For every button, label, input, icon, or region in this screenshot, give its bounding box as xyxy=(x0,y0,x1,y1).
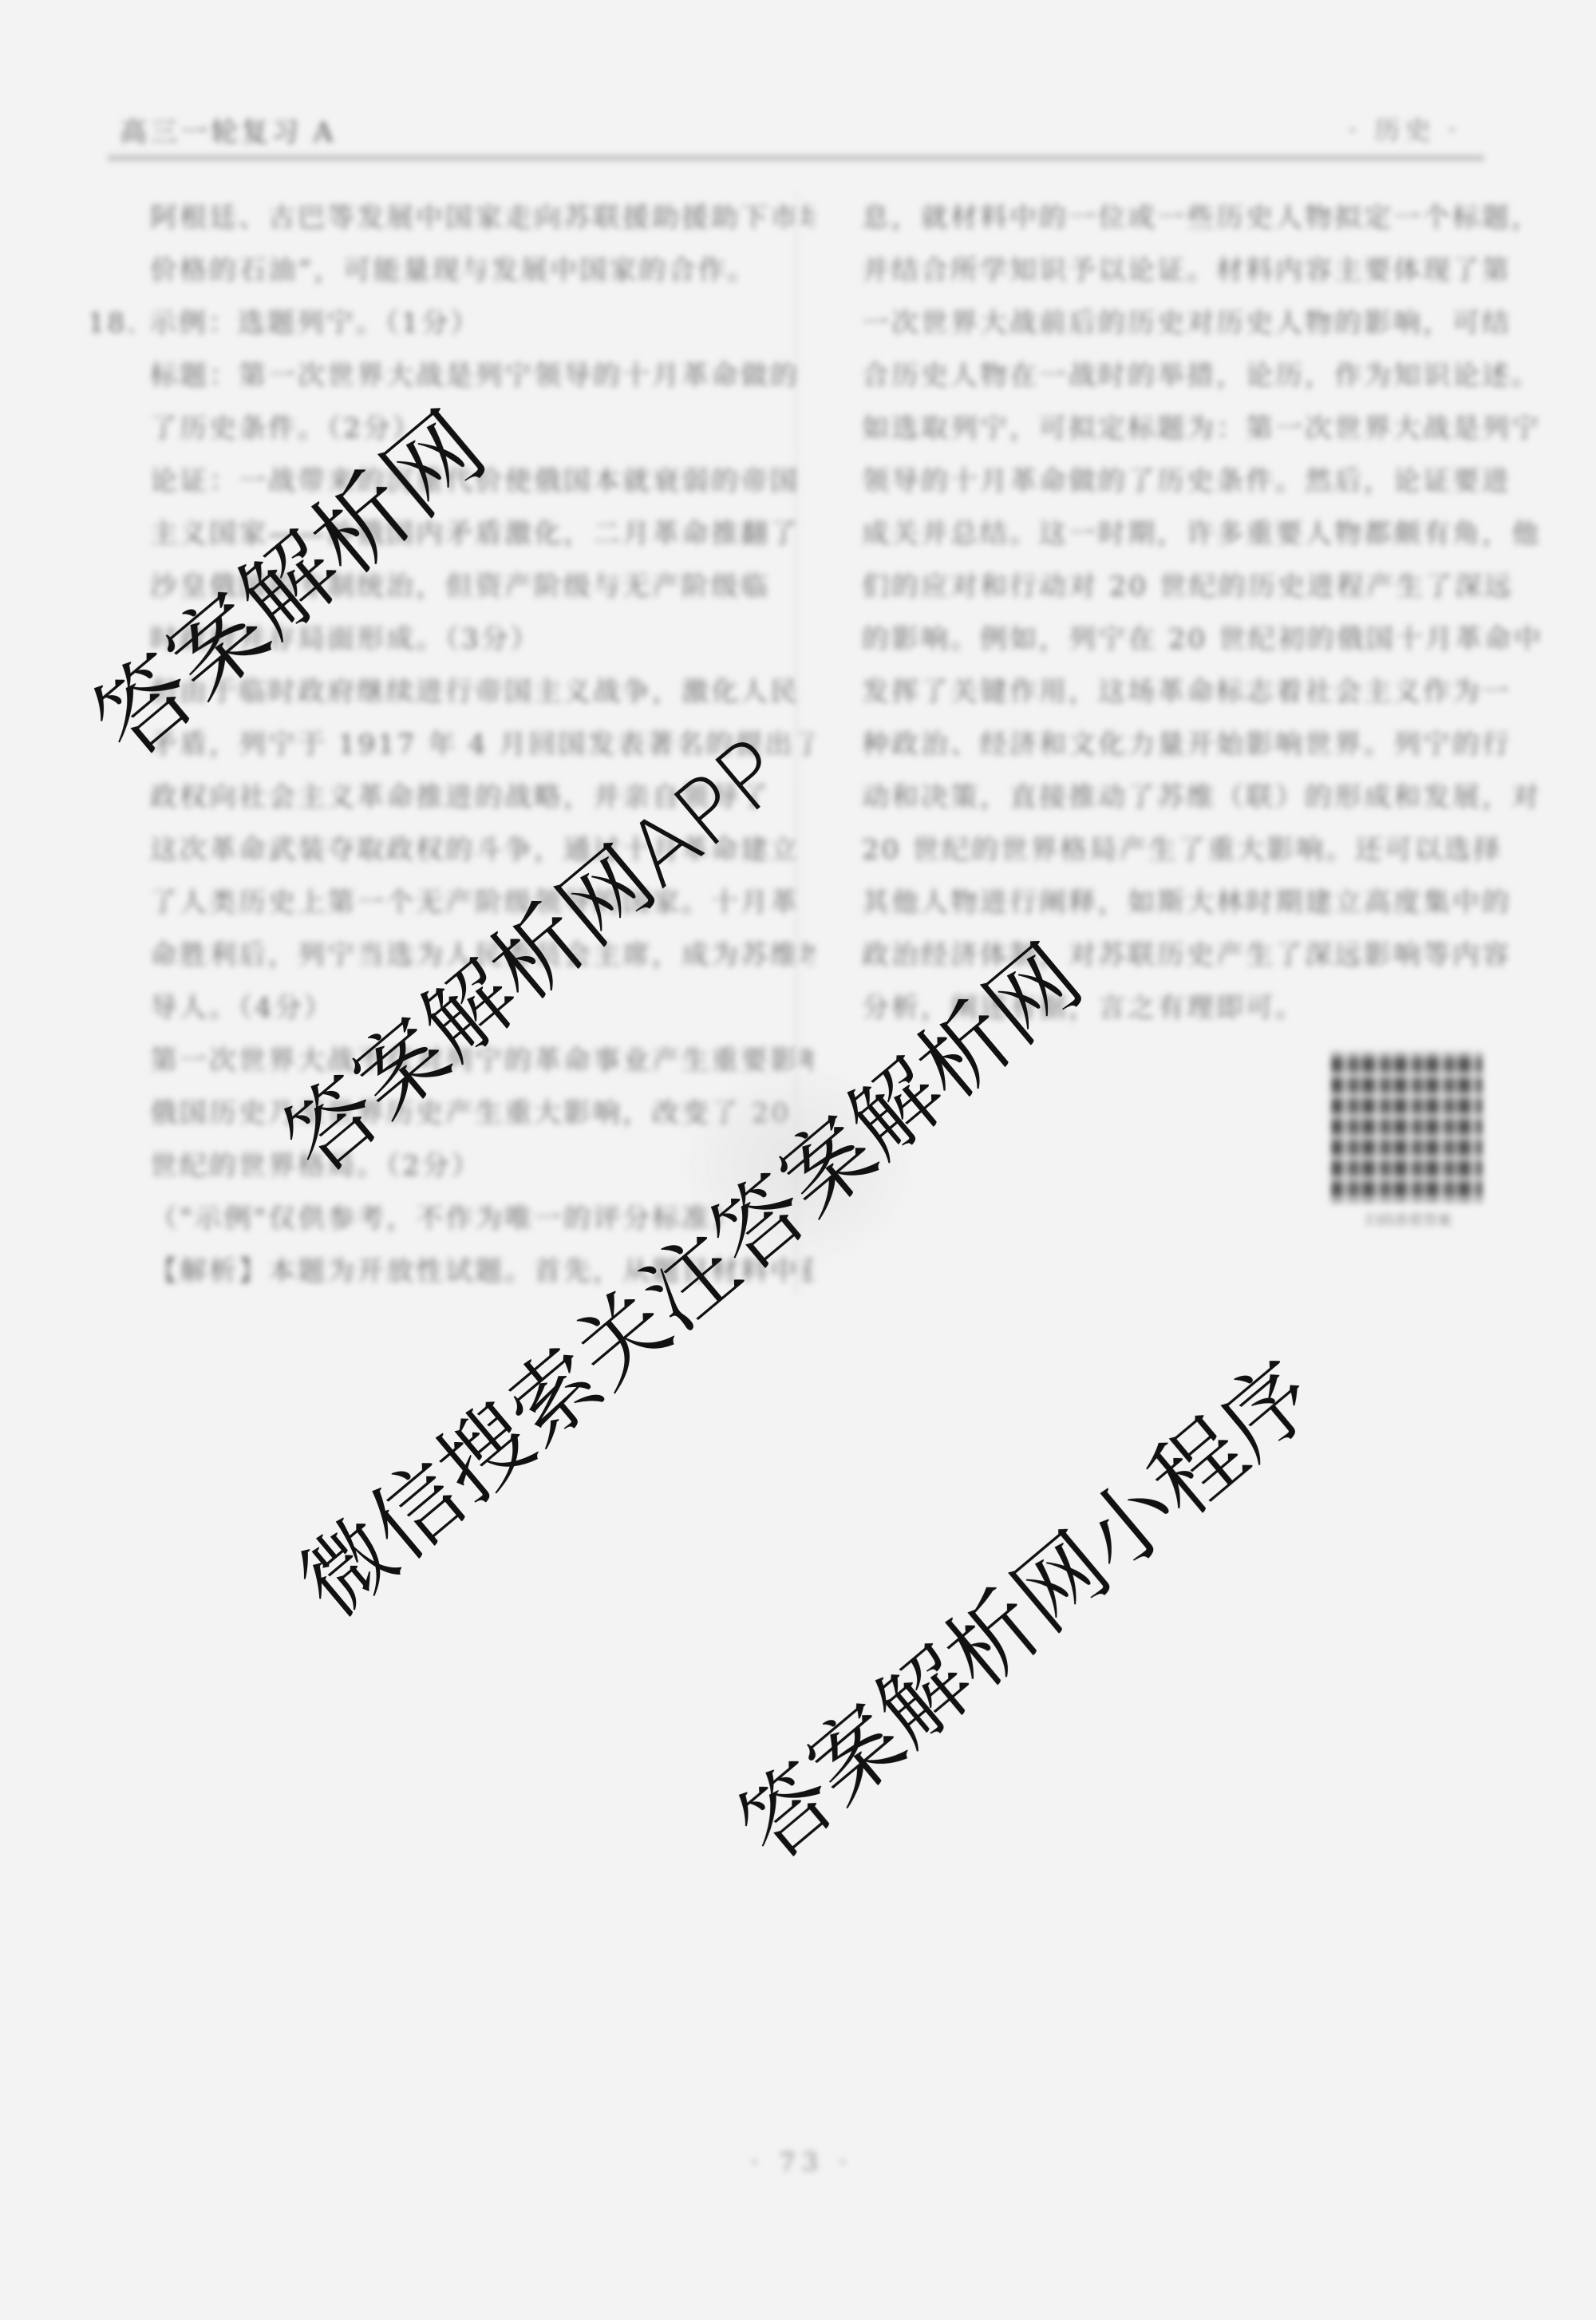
right-column: 息，就材料中的一位或一些历史人物拟定一个标题， 并结合所学知识予以论证。材料内容… xyxy=(862,192,1556,1034)
text-line: 动和决策，直接推动了苏维（联）的形成和发展，对 xyxy=(862,771,1556,824)
text-line: 领导的十月革命做的了历史条件。然后，论证要进 xyxy=(862,455,1556,508)
text-line: 并结合所学知识予以论证。材料内容主要体现了第 xyxy=(862,244,1556,297)
qr-code[interactable] xyxy=(1331,1052,1483,1203)
text-line: 成关并总结。这一时期，许多重要人物都颇有角，他 xyxy=(862,508,1556,560)
text-line: 标题：第一次世界大战是列宁领导的十月革命做的 xyxy=(120,350,814,402)
text-line: 价格的石油”，可能量现与发展中国家的合作。 xyxy=(120,244,814,297)
question-number-line: 18. 示例：选题列宁。（1分） xyxy=(88,297,814,350)
header-book-title: 高三一轮复习 A xyxy=(120,110,336,149)
text-line: 发挥了关键作用，这场革命标志着社会主义作为一 xyxy=(862,666,1556,718)
text-line: 其他人物进行阐释，如斯大林时期建立高度集中的 xyxy=(862,876,1556,929)
text-line: 合历史人物在一战时的举措，论历，作为知识论述。 xyxy=(862,350,1556,402)
text-line: 们的应对和行动对 20 世纪的历史进程产生了深远 xyxy=(862,560,1556,613)
text-line: 息，就材料中的一位或一些历史人物拟定一个标题， xyxy=(862,192,1556,244)
text-line: 种政治、经济和文化力量开始影响世界。列宁的行 xyxy=(862,718,1556,771)
header-rule xyxy=(108,155,1484,161)
text-line: 20 世纪的世界格局产生了重大影响。还可以选择 xyxy=(862,824,1556,876)
text-line: 一次世界大战前后的历史对历史人物的影响，可结 xyxy=(862,297,1556,350)
text-line: 如选取列宁，可拟定标题为：第一次世界大战是列宁 xyxy=(862,402,1556,455)
document-page: 高三一轮复习 A · 历史 · 阿根廷、古巴等发展中国家走向苏联援助援助下市场 … xyxy=(0,0,1596,2320)
header-subject: · 历史 · xyxy=(1349,110,1461,147)
watermark: 答案解析网小程序 xyxy=(708,1326,1338,1884)
text-line: 阿根廷、古巴等发展中国家走向苏联援助援助下市场 xyxy=(120,192,814,244)
text-line: 的影响。例如，列宁在 20 世纪初的俄国十月革命中 xyxy=(862,613,1556,666)
qr-caption: 扫码查看答案 xyxy=(1341,1209,1476,1230)
page-number: · 73 · xyxy=(750,2147,853,2177)
